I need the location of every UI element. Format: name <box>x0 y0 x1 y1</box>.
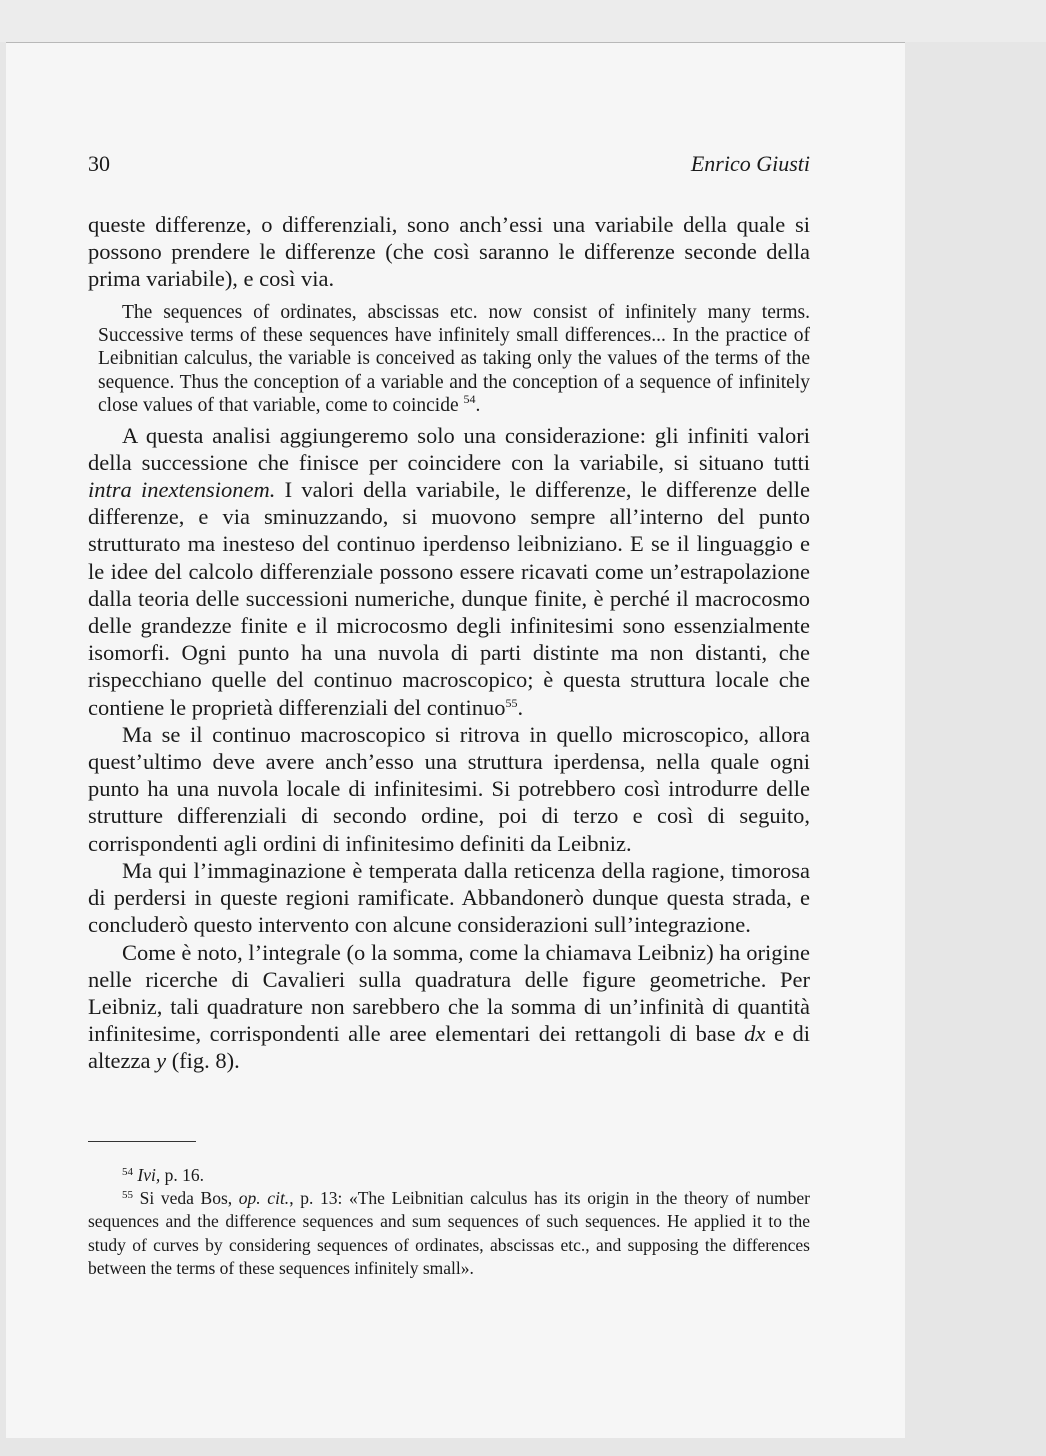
scan-background <box>0 0 1046 42</box>
paragraph-3: Ma se il continuo macroscopico si ritrov… <box>88 721 810 857</box>
page-number: 30 <box>88 151 110 177</box>
latin-phrase: intra inextensionem. <box>88 477 275 502</box>
footnote-54: 54 Ivi, p. 16. <box>88 1164 810 1187</box>
paragraph-5: Come è noto, l’integrale (o la somma, co… <box>88 939 810 1075</box>
paragraph-2-a: A questa analisi aggiungeremo solo una c… <box>88 423 810 475</box>
body-text: queste differenze, o differenziali, sono… <box>88 211 810 1075</box>
footnote-italic: op. cit. <box>239 1188 289 1208</box>
footnote-ref-54[interactable]: 54 <box>463 392 475 406</box>
paragraph-2-end: . <box>518 695 524 720</box>
footnotes: 54 Ivi, p. 16. 55 Si veda Bos, op. cit.,… <box>88 1164 810 1281</box>
quote-body: The sequences of ordinates, abscissas et… <box>98 302 810 417</box>
running-head-author: Enrico Giusti <box>691 151 810 177</box>
paragraph-5-a: Come è noto, l’integrale (o la somma, co… <box>88 940 810 1047</box>
footnote-ref-55[interactable]: 55 <box>506 696 518 710</box>
footnote-pre: Si veda Bos, <box>133 1188 239 1208</box>
book-page: 30 Enrico Giusti queste differenze, o di… <box>6 42 905 1438</box>
running-head: 30 Enrico Giusti <box>88 151 810 181</box>
footnote-divider <box>88 1141 196 1142</box>
math-y: y <box>156 1048 166 1073</box>
quote-end: . <box>475 395 480 416</box>
paragraph-2-b: I valori della variabile, le differenze,… <box>88 477 810 720</box>
footnote-number: 54 <box>122 1166 133 1178</box>
paragraph-5-c: (fig. 8). <box>166 1048 240 1073</box>
paragraph-1: queste differenze, o differenziali, sono… <box>88 211 810 293</box>
footnote-number: 55 <box>122 1189 133 1201</box>
paragraph-2: A questa analisi aggiungeremo solo una c… <box>88 422 810 721</box>
page-content: 30 Enrico Giusti queste differenze, o di… <box>88 151 810 1281</box>
footnote-55: 55 Si veda Bos, op. cit., p. 13: «The Le… <box>88 1187 810 1281</box>
paragraph-4: Ma qui l’immaginazione è temperata dalla… <box>88 857 810 939</box>
footnote-text: p. 16. <box>160 1165 204 1185</box>
block-quote-text: The sequences of ordinates, abscissas et… <box>98 301 810 418</box>
math-dx: dx <box>744 1021 765 1046</box>
block-quote: The sequences of ordinates, abscissas et… <box>98 301 810 418</box>
footnote-italic: Ivi, <box>137 1165 160 1185</box>
